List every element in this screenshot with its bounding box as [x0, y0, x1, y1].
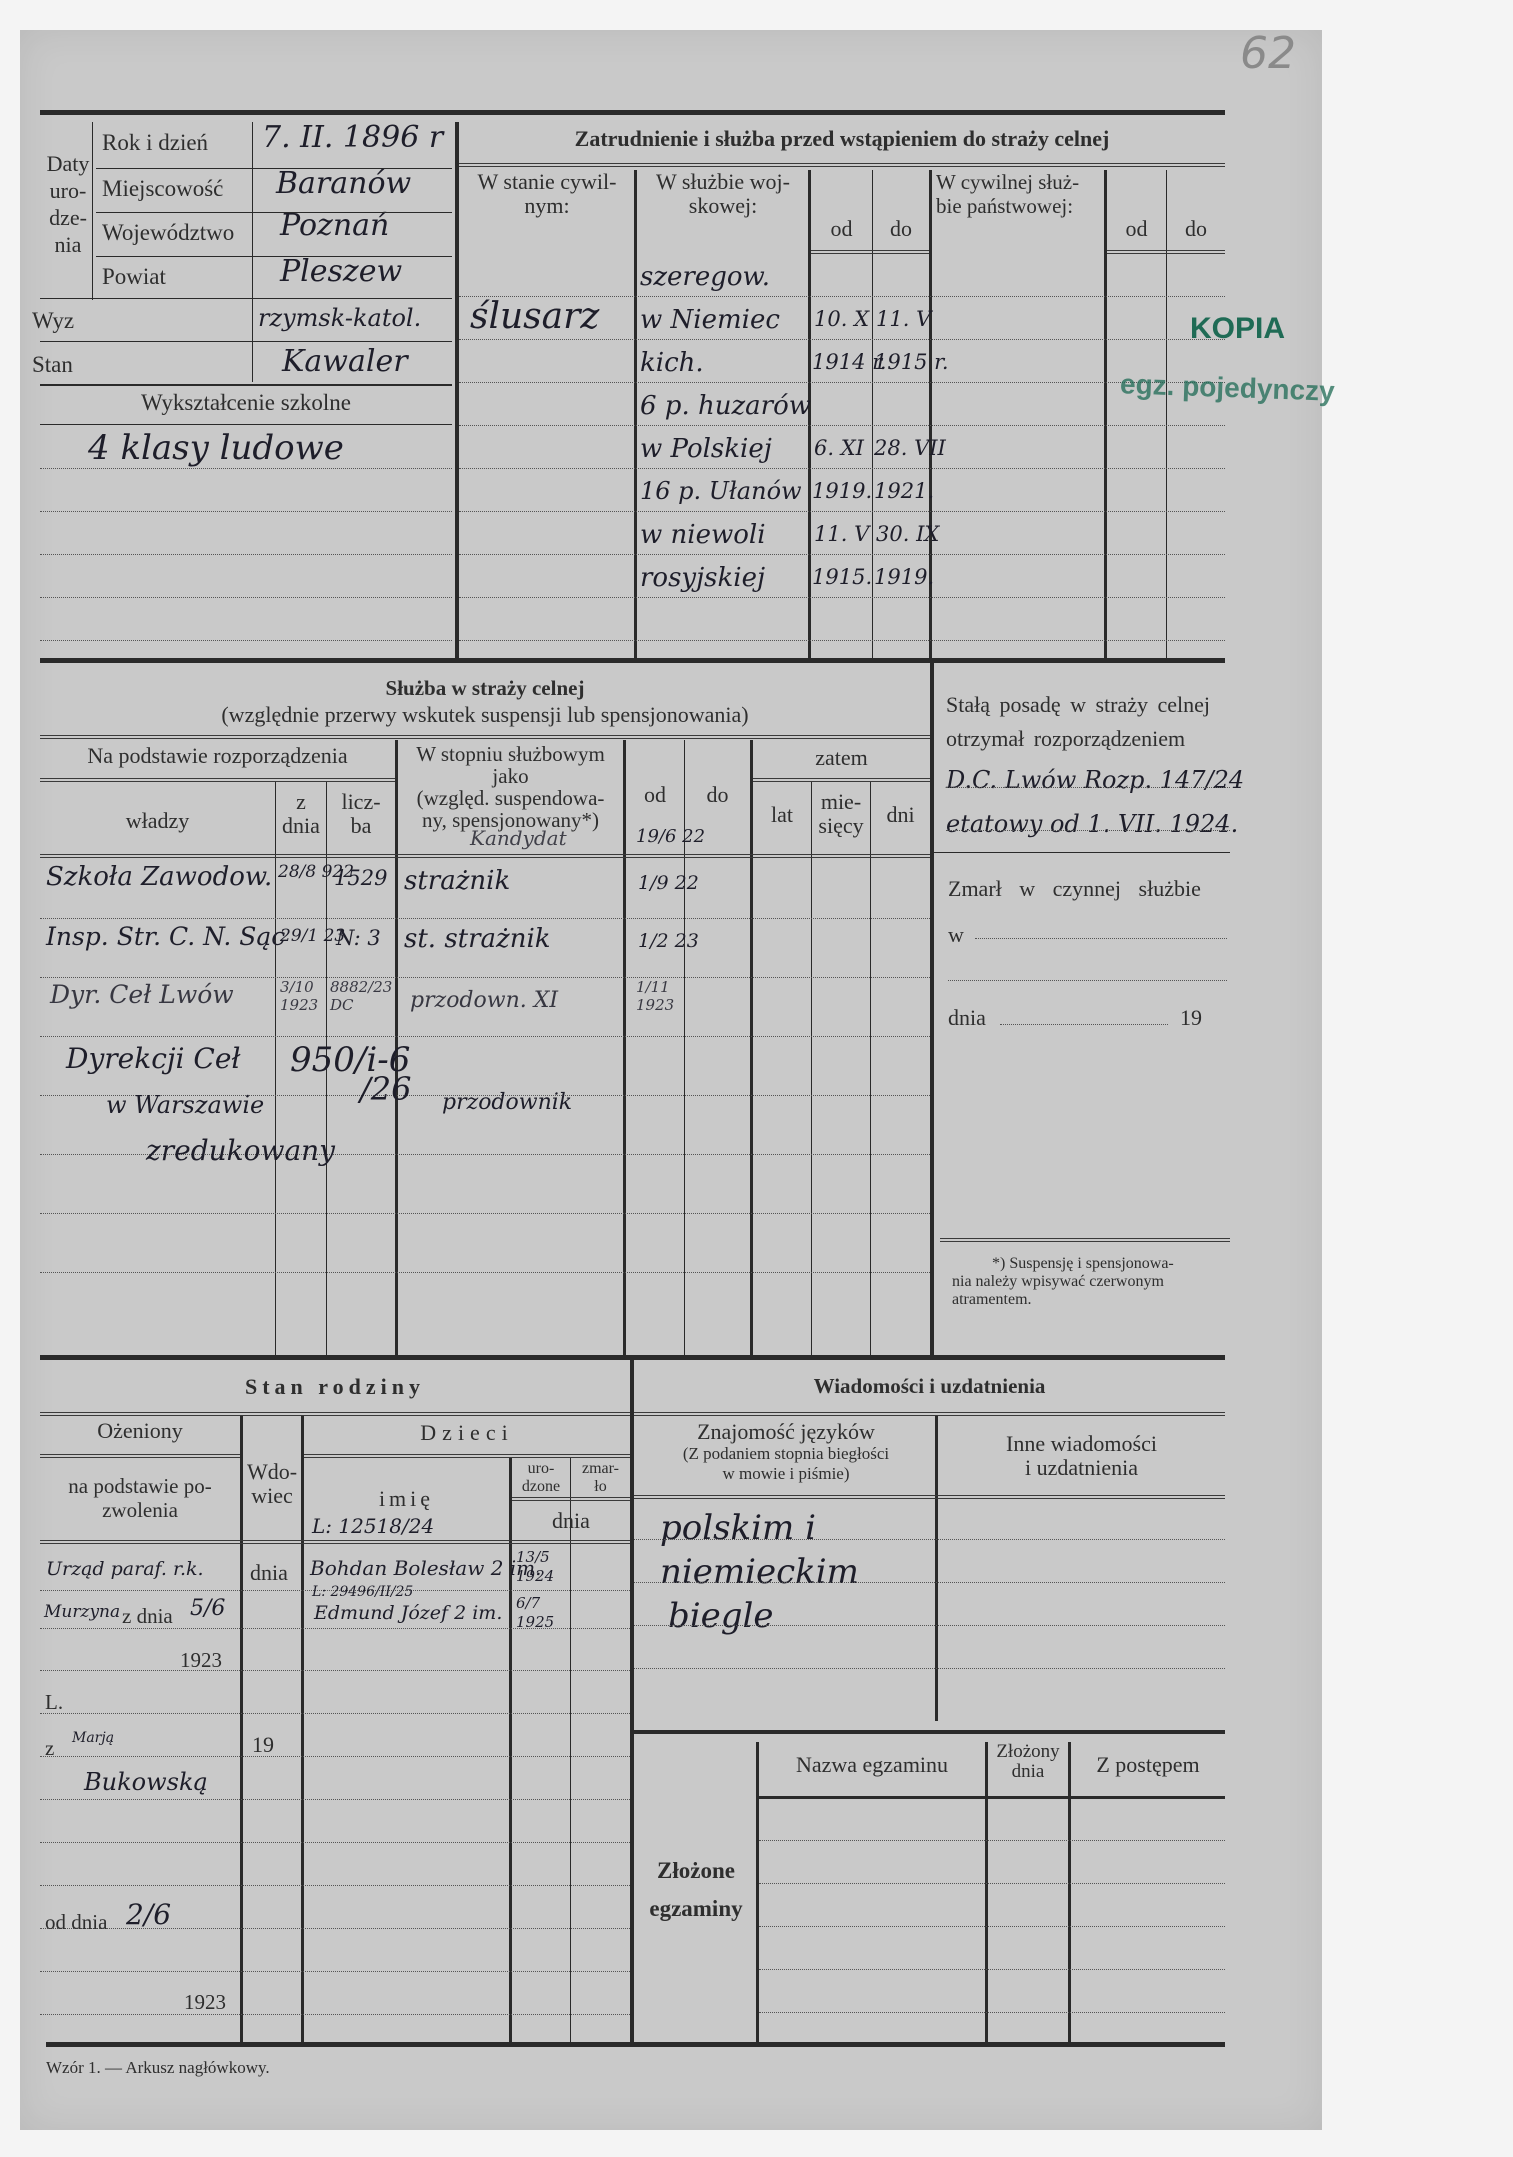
double-rule [40, 1412, 630, 1416]
wife-surname: Bukowską [84, 1768, 208, 1796]
education-value: 4 klasy ludowe [88, 428, 344, 468]
label-county: Powiat [102, 264, 166, 290]
label-line: na podstawie po- [40, 1474, 240, 1498]
dotted-line [40, 1272, 930, 1273]
employment-title: Zatrudnienie i służba przed wstąpieniem … [459, 126, 1225, 152]
education-label: Wykształcenie szkolne [40, 390, 452, 416]
number-entry: 8882/23 DC [330, 978, 394, 1014]
label-line: sięcy [812, 814, 870, 838]
died-year-label: 19 [1180, 1005, 1202, 1031]
footnote-line: nia należy wpisywać czerwonym [952, 1273, 1222, 1291]
l-label: L. [45, 1690, 63, 1715]
label-line: z [276, 790, 326, 814]
dotted-line [634, 1625, 1225, 1626]
row-line [40, 341, 452, 342]
label-line: Znajomość języków [636, 1420, 936, 1444]
permanent-label: Stałą posadę w straży celnej otrzymał ro… [946, 688, 1210, 756]
died-date-field [1000, 1024, 1168, 1025]
row-line [40, 384, 452, 386]
civil-occupation-value: ślusarz [470, 296, 599, 337]
rank-entry: Kandydat [470, 826, 567, 850]
dotted-line [40, 511, 452, 512]
married-label: Ożeniony [40, 1418, 240, 1444]
label-line: dze- [38, 204, 98, 231]
permission-value: Murzyna [44, 1602, 120, 1622]
since-date-label: od dnia [45, 1910, 107, 1935]
dnia-label: dnia [512, 1508, 630, 1534]
since-date-value: 2/6 [126, 1898, 171, 1931]
label-line: egzaminy [636, 1890, 756, 1928]
military-do: 30. IX [876, 522, 939, 546]
label-line: jako [398, 765, 623, 787]
dotted-line [759, 1840, 1225, 1841]
civil-label: W stanie cywil- nym: [462, 170, 632, 218]
child-reference: L: 29496/II/25 [312, 1584, 413, 1600]
label-birth-date: Rok i dzień [102, 130, 208, 156]
authority-entry: Dyr. Ceł Lwów [50, 980, 234, 1009]
divider [570, 1458, 571, 2043]
child-birth-date: 6/7 1925 [516, 1594, 570, 1632]
divider [623, 740, 626, 1355]
number-entry: N: 3 [336, 926, 381, 950]
od-entry: 1/11 1923 [636, 978, 682, 1014]
customs-title: Służba w straży celnej [40, 676, 930, 701]
military-od-label: od [811, 216, 872, 242]
form-footer: Wzór 1. — Arkusz nagłówkowy. [46, 2058, 270, 2078]
double-rule [459, 163, 1225, 167]
double-rule [753, 778, 930, 782]
label-birthplace: Miejscowość [102, 176, 223, 202]
languages-label: Znajomość języków (Z podaniem stopnia bi… [636, 1420, 936, 1484]
exam-date-label: Złożony dnia [988, 1742, 1068, 1782]
dotted-line [759, 1883, 1225, 1884]
value-birthplace: Baranów [276, 166, 411, 201]
child-name: Edmund Józef 2 im. [314, 1602, 502, 1624]
exams-label: Złożone egzaminy [636, 1852, 756, 1928]
double-rule [634, 1495, 1225, 1499]
label-line: Daty [38, 150, 98, 177]
deceased-label: zmar- ło [571, 1460, 630, 1496]
footnote-line: atramentem. [952, 1291, 1222, 1309]
customs-od-label: od [626, 782, 684, 808]
divider [634, 170, 637, 660]
label-line: ło [571, 1478, 630, 1496]
dotted-line [948, 980, 1227, 981]
military-do-label: do [873, 216, 929, 242]
birth-group-label: Daty uro- dze- nia [38, 150, 98, 258]
zatem-label: zatem [753, 745, 930, 771]
authority-entry: Insp. Str. C. N. Sąc [46, 922, 285, 951]
skills-title: Wiadomości i uzdatnienia [634, 1374, 1225, 1399]
row-rule [634, 1730, 1225, 1734]
dotted-line [40, 1756, 630, 1757]
dotted-line [759, 1926, 1225, 1927]
double-rule [40, 778, 395, 782]
customs-subtitle: (względnie przerwy wskutek suspensji lub… [40, 702, 930, 728]
label-line: Stałą posadę w straży celnej [946, 688, 1210, 722]
double-rule [40, 735, 930, 739]
child-name-label: imię [304, 1486, 509, 1512]
dotted-line [40, 1971, 630, 1972]
child-birth-date: 13/5 1924 [516, 1548, 570, 1586]
number-entry: /26 [360, 1070, 412, 1108]
from-date-label: z dnia [122, 1604, 173, 1629]
label-line: Złożony [988, 1742, 1068, 1762]
state-label: W cywilnej służ- bie państwowej: [936, 170, 1079, 218]
double-rule [40, 854, 930, 858]
entry-line: w Warszawie [66, 1082, 335, 1128]
label-line: nym: [462, 194, 632, 218]
military-entry: 6 p. huzarów [640, 391, 811, 421]
value-line: polskim i [660, 1506, 859, 1550]
od-entry: 19/6 22 [636, 826, 705, 847]
label-line: nia [38, 231, 98, 258]
date-entry: 3/10 1923 [280, 978, 324, 1014]
divider [1166, 170, 1167, 660]
rank-entry: przodownik [442, 1090, 572, 1115]
rank-entry: st. strażnik [404, 924, 551, 954]
label-line: skowej: [638, 194, 808, 218]
military-od: 1919. [812, 479, 872, 503]
row-line [934, 852, 1230, 853]
label-line: W służbie woj- [638, 170, 808, 194]
wife-first-name: Marją [72, 1730, 114, 1746]
row-line [96, 212, 452, 213]
dotted-line [459, 425, 1225, 426]
dotted-line [40, 918, 930, 919]
state-do-label: do [1167, 216, 1225, 242]
dotted-line [40, 597, 452, 598]
military-od: 6. XI [814, 436, 864, 460]
military-do: 1915 r. [874, 350, 949, 374]
value-marital-status: Kawaler [282, 344, 408, 379]
military-od: 11. V [814, 522, 869, 546]
divider [870, 782, 871, 1355]
divider [756, 1742, 759, 2043]
died-place-field [975, 938, 1227, 939]
divider [455, 122, 459, 660]
widower-date-label: dnia [250, 1560, 288, 1586]
military-od: 1915. [812, 565, 872, 589]
number-entry: 1529 [334, 866, 387, 890]
value-line: etatowy od 1. VII. 1924. [946, 802, 1244, 846]
permission-label: na podstawie po- zwolenia [40, 1474, 240, 1522]
authority-label: władzy [40, 808, 275, 834]
top-rule [40, 110, 1225, 115]
military-label: W służbie woj- skowej: [638, 170, 808, 218]
od-entry: 1/9 22 [638, 872, 699, 894]
widower-year-label: 19 [252, 1732, 274, 1758]
divider [930, 663, 934, 1355]
label-line: licz- [327, 790, 395, 814]
footnote: *) Suspensję i spensjonowa- nia należy w… [952, 1255, 1222, 1309]
label-religion: Wyz [32, 308, 74, 334]
divider [1104, 170, 1107, 660]
children-reference: L: 12518/24 [312, 1514, 434, 1538]
label-line: Złożone [636, 1852, 756, 1890]
number-label: licz- ba [327, 790, 395, 838]
from-date-value: 5/6 [190, 1596, 225, 1621]
row-line [40, 298, 452, 299]
exam-progress-label: Z postępem [1071, 1752, 1225, 1778]
divider [630, 1360, 634, 2043]
dotted-line [40, 640, 452, 641]
row-line [96, 256, 452, 257]
label-line: Inne wiadomości [938, 1432, 1225, 1456]
dotted-line [459, 554, 1225, 555]
copy-stamp: KOPIA [1190, 312, 1285, 346]
dotted-line [40, 1213, 930, 1214]
divider [240, 1416, 243, 2043]
dotted-line [459, 339, 1225, 340]
page-number: 62 [1240, 28, 1296, 79]
value-line: niemieckim [660, 1550, 859, 1594]
divider [92, 122, 93, 300]
dotted-line [40, 1842, 630, 1843]
dotted-line [459, 468, 1225, 469]
divider [872, 170, 873, 660]
row-line [40, 424, 452, 425]
military-entry: 16 p. Ułanów [640, 477, 802, 505]
double-rule [634, 1412, 1225, 1416]
label-line: dnia [988, 1762, 1068, 1782]
dotted-line [40, 1670, 630, 1671]
dotted-line [459, 640, 1225, 641]
divider [509, 1458, 512, 2043]
label-line: bie państwowej: [936, 194, 1079, 218]
died-place-label: w [948, 922, 964, 948]
dotted-line [40, 1885, 630, 1886]
months-label: mie- sięcy [812, 790, 870, 838]
value-county: Pleszew [280, 254, 402, 289]
permanent-value: D.C. Lwów Rozp. 147/24 etatowy od 1. VII… [946, 758, 1244, 846]
exam-name-label: Nazwa egzaminu [759, 1752, 985, 1778]
military-do: 11. V [876, 307, 931, 331]
double-rule [40, 1540, 630, 1544]
military-do: 1921. [874, 479, 934, 503]
dotted-line [759, 2012, 1225, 2013]
double-rule [811, 250, 929, 254]
dotted-line [459, 382, 1225, 383]
dotted-line [40, 2014, 630, 2015]
value-line: biegle [660, 1594, 859, 1638]
military-do: 28. VII [874, 436, 946, 460]
child-name: Bohdan Bolesław 2 im. [310, 1556, 542, 1580]
state-od-label: od [1107, 216, 1166, 242]
label-line: (Z podaniem stopnia biegłości [636, 1444, 936, 1464]
label-marital-status: Stan [32, 352, 73, 378]
label-line: W stopniu służbowym [398, 743, 623, 765]
date-label: z dnia [276, 790, 326, 838]
value-birth-date: 7. II. 1896 r [262, 120, 443, 155]
dotted-line [40, 554, 452, 555]
languages-value: polskim i niemieckim biegle [660, 1506, 859, 1638]
dotted-line [634, 1539, 1225, 1540]
dotted-line [40, 1713, 630, 1714]
widower-label: Wdo- wiec [243, 1460, 301, 1508]
divider [750, 740, 753, 1355]
entry-line: zredukowany [66, 1128, 335, 1174]
authority-entry: Szkoła Zawodow. [46, 862, 272, 892]
label-line: i uzdatnienia [938, 1456, 1225, 1480]
z-label: z [45, 1736, 54, 1761]
military-entry: szeregow. [640, 262, 770, 292]
military-entry: w Polskiej [640, 434, 772, 464]
rank-entry: przodown. XI [410, 988, 558, 1013]
divider [811, 782, 812, 1355]
label-line: zmar- [571, 1460, 630, 1478]
dotted-line [759, 1969, 1225, 1970]
label-line: Wdo- [243, 1460, 301, 1484]
days-label: dni [871, 802, 930, 828]
military-do: 1919. [874, 565, 934, 589]
label-line: W stanie cywil- [462, 170, 632, 194]
label-line: otrzymał rozporządzeniem [946, 722, 1210, 756]
double-rule [304, 1454, 630, 1458]
dotted-line [946, 830, 1230, 831]
dotted-line [40, 468, 452, 469]
years-label: lat [753, 802, 811, 828]
label-line: mie- [812, 790, 870, 814]
double-rule [940, 1238, 1230, 1242]
other-skills-label: Inne wiadomości i uzdatnienia [938, 1432, 1225, 1480]
divider [252, 122, 253, 382]
section-rule [40, 658, 1225, 663]
marriage-year: 1923 [180, 1648, 222, 1673]
military-entry: w Niemiec [640, 305, 780, 335]
label-line: dnia [276, 814, 326, 838]
military-entry: w niewoli [640, 520, 766, 550]
divider [1068, 1742, 1071, 2043]
dotted-line [946, 787, 1230, 788]
military-entry: rosyjskiej [640, 563, 765, 593]
double-rule [40, 1454, 240, 1458]
rank-label: W stopniu służbowym jako (względ. suspen… [398, 743, 623, 831]
divider [985, 1742, 988, 2043]
label-line: zwolenia [40, 1498, 240, 1522]
dotted-line [40, 977, 930, 978]
label-line: (względ. suspendowa- [398, 787, 623, 809]
label-line: uro- [512, 1460, 570, 1478]
dotted-line [459, 511, 1225, 512]
label-line: ba [327, 814, 395, 838]
label-line: wiec [243, 1484, 301, 1508]
dotted-line [40, 1799, 630, 1800]
row-rule [759, 1796, 1225, 1799]
value-line: D.C. Lwów Rozp. 147/24 [946, 758, 1244, 802]
double-rule [512, 1497, 630, 1501]
bottom-rule [46, 2042, 1225, 2047]
died-label: Zmarł w czynnej służbie [948, 876, 1201, 902]
family-title: Stan rodziny [40, 1374, 630, 1400]
customs-do-label: do [685, 782, 750, 808]
footnote-line: *) Suspensję i spensjonowa- [952, 1255, 1222, 1273]
row-line [96, 168, 452, 169]
rank-entry: strażnik [404, 866, 510, 896]
dotted-line [459, 597, 1225, 598]
end-year: 1923 [184, 1990, 226, 2015]
permission-value: Urząd paraf. r.k. [46, 1558, 204, 1580]
dotted-line [634, 1668, 1225, 1669]
died-date-label: dnia [948, 1005, 986, 1031]
value-voivodeship: Poznań [280, 208, 389, 243]
label-line: W cywilnej służ- [936, 170, 1079, 194]
children-label: Dzieci [304, 1420, 630, 1446]
label-voivodeship: Województwo [102, 220, 234, 246]
label-line: uro- [38, 177, 98, 204]
born-label: uro- dzone [512, 1460, 570, 1496]
label-line: w mowie i piśmie) [636, 1464, 936, 1484]
basis-label: Na podstawie rozporządzenia [40, 743, 395, 769]
value-religion: rzymsk-katol. [258, 304, 421, 332]
label-line: dzone [512, 1478, 570, 1496]
od-entry: 1/2 23 [638, 930, 699, 952]
dotted-line [634, 1582, 1225, 1583]
military-od: 10. X [814, 307, 869, 331]
military-entry: kich. [640, 348, 704, 378]
double-rule [1107, 250, 1225, 254]
